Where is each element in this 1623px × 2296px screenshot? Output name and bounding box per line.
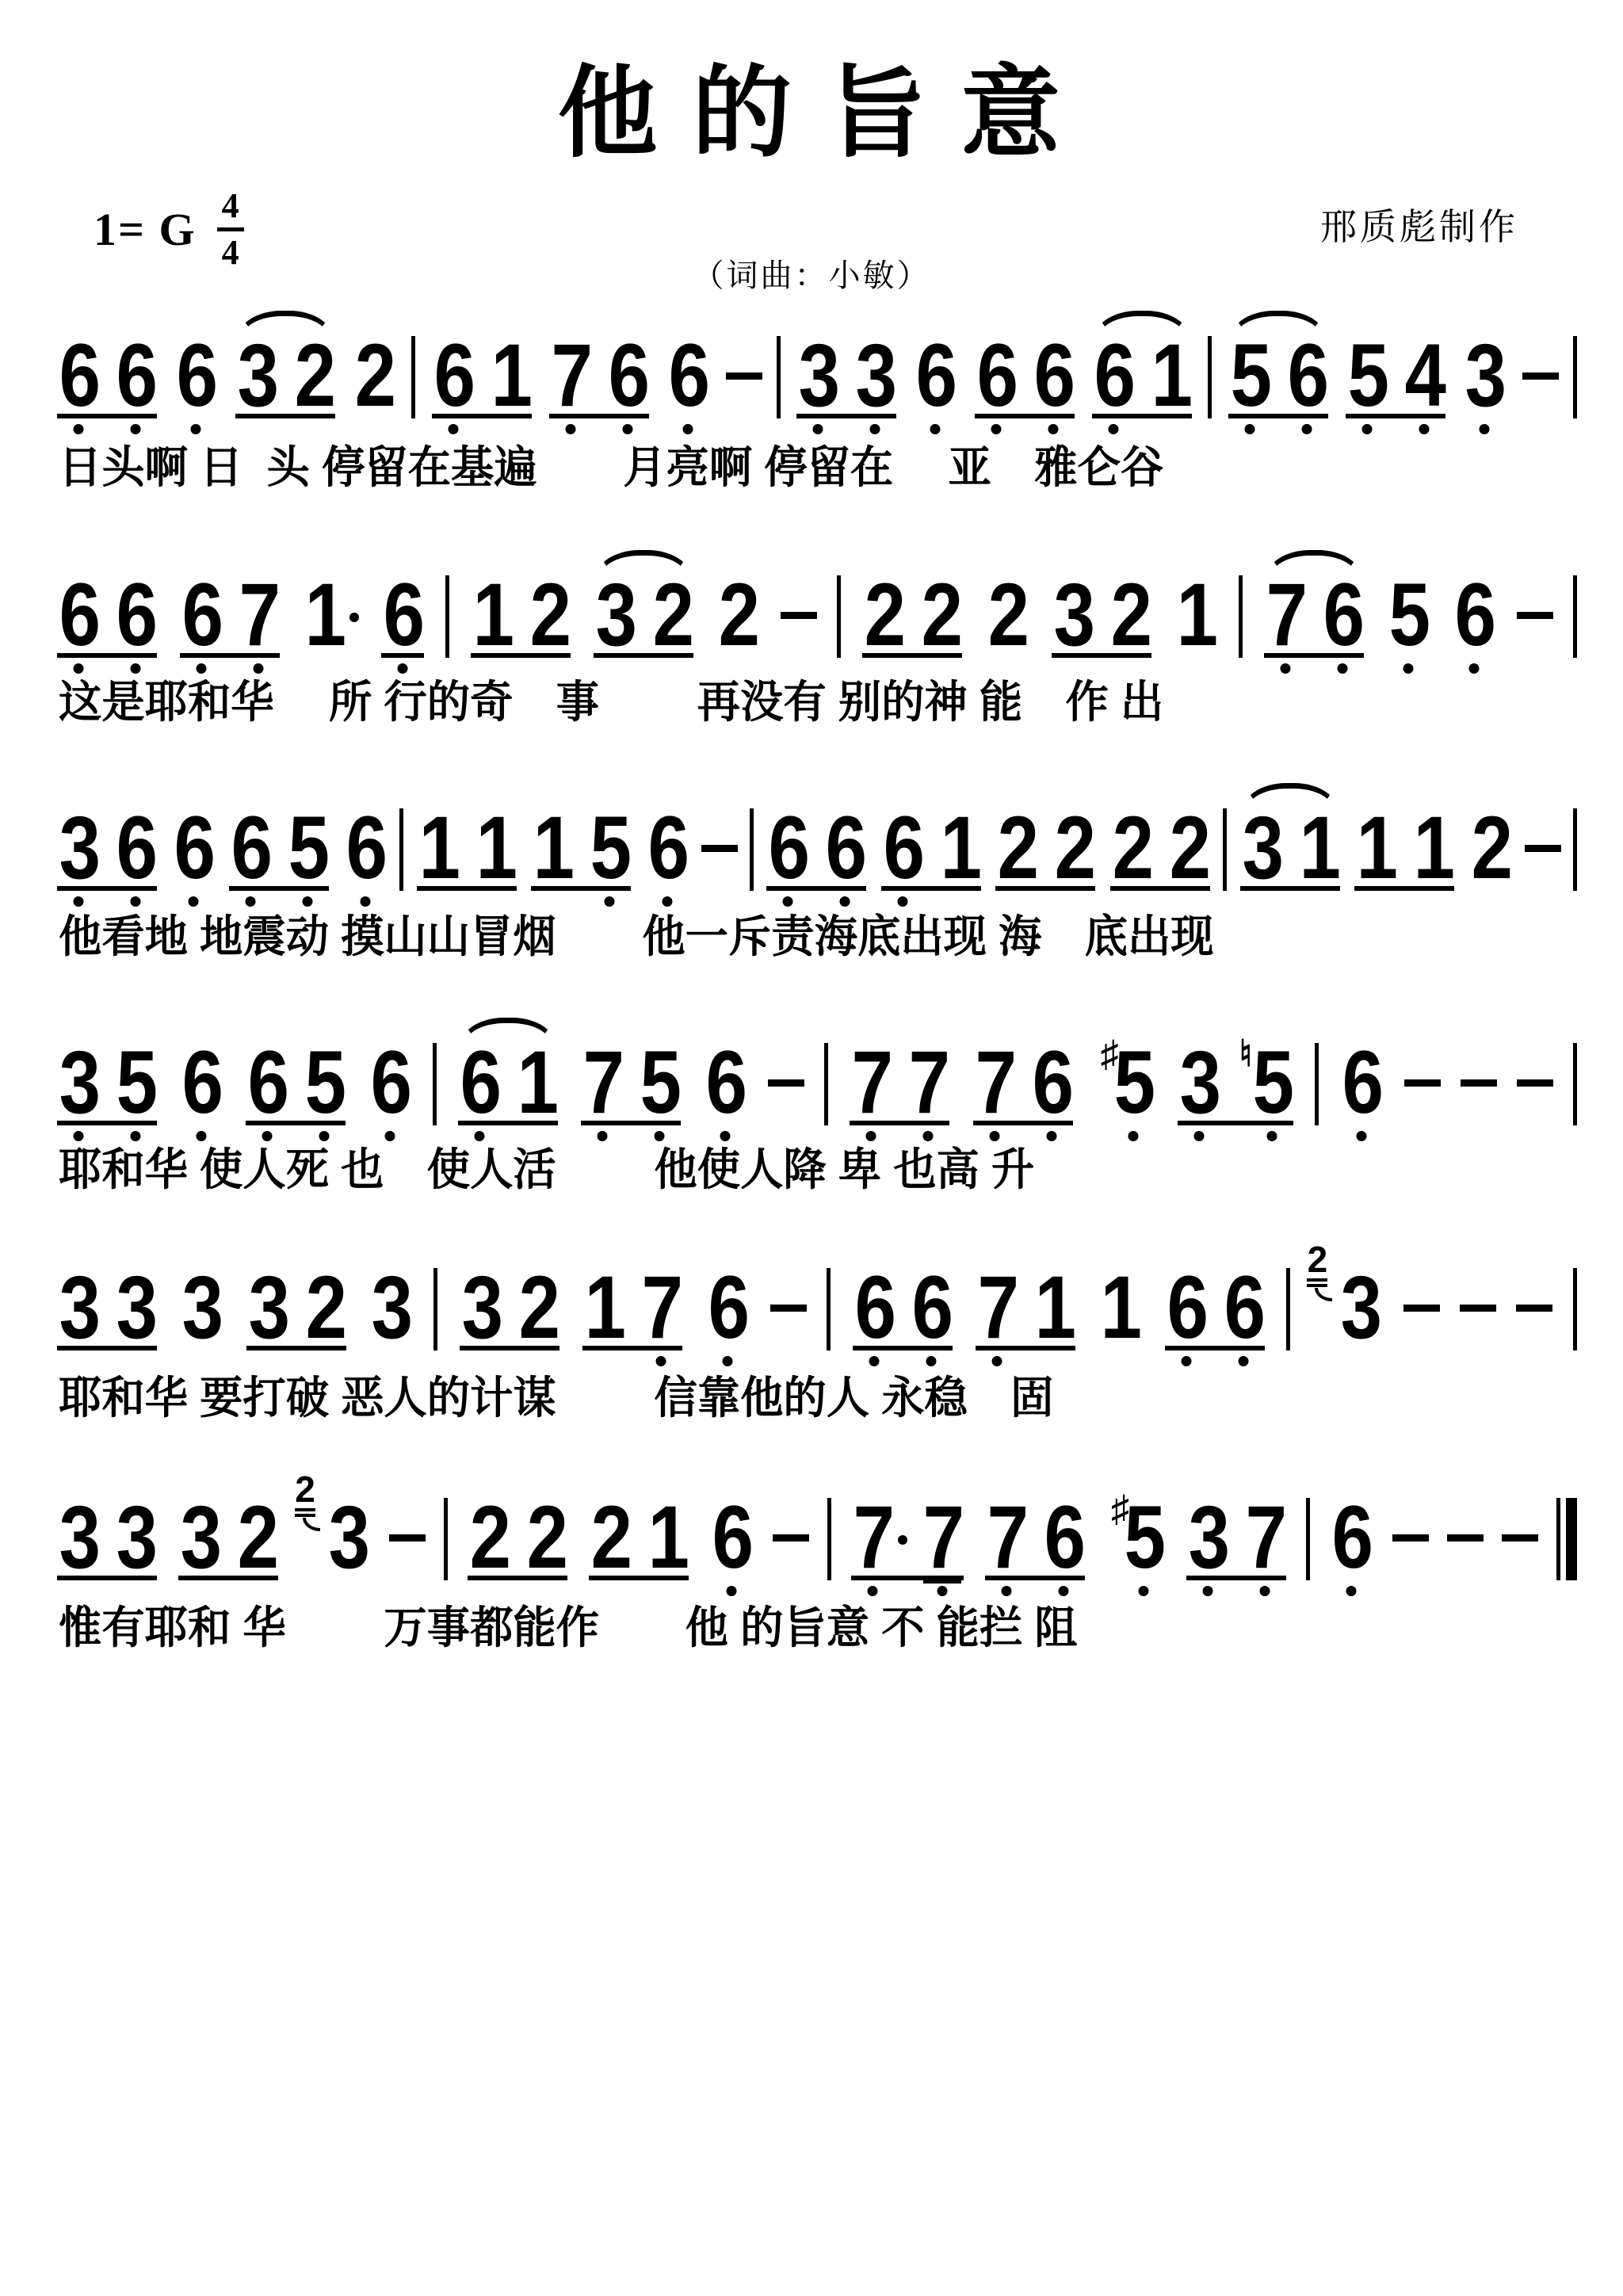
low-octave-dot xyxy=(1059,1586,1069,1596)
eighth-beam xyxy=(973,1121,1073,1125)
eighth-beam xyxy=(57,1346,157,1350)
note-digit: 7 xyxy=(909,1048,948,1117)
note-digit: 1 xyxy=(648,1503,687,1572)
barline xyxy=(445,575,449,658)
eighth-beam xyxy=(246,1121,346,1125)
note: 6 xyxy=(708,1503,754,1610)
barline xyxy=(777,336,781,418)
time-signature-numerator: 4 xyxy=(217,189,244,231)
note: 3 xyxy=(458,1273,504,1381)
note-digit: 3 xyxy=(596,580,635,650)
note-group: 77 xyxy=(848,1048,951,1156)
low-octave-dot xyxy=(131,424,141,434)
note-digit: 6 xyxy=(231,813,270,883)
eighth-beam xyxy=(853,1346,953,1350)
note: 6 xyxy=(705,1273,750,1381)
eighth-beam xyxy=(468,1576,567,1580)
dash-continuation xyxy=(726,372,762,380)
note: 3 xyxy=(178,1273,224,1381)
note: 3 xyxy=(245,1273,291,1381)
low-octave-dot xyxy=(868,1586,878,1596)
note-group: 1 xyxy=(1097,1273,1143,1381)
low-octave-dot xyxy=(1419,424,1430,434)
grace-underline xyxy=(1307,1278,1327,1282)
note-digit: 6 xyxy=(1032,1048,1071,1117)
note-group: 6 xyxy=(1451,580,1497,688)
note: 1 xyxy=(1097,1273,1143,1381)
note-digit: 6 xyxy=(1094,341,1133,411)
eighth-beam xyxy=(976,1346,1075,1350)
note-digit: 5 xyxy=(1125,1503,1163,1572)
eighth-beam xyxy=(995,886,1095,891)
note: 6 xyxy=(1029,1048,1075,1156)
note: 7 xyxy=(848,1048,894,1156)
note: 7 xyxy=(1262,580,1308,688)
note-digit: 7 xyxy=(642,1273,681,1343)
note-digit: 6 xyxy=(384,580,422,650)
note-digit: 2 xyxy=(1169,813,1208,883)
note-group: 66 xyxy=(765,813,868,921)
barline xyxy=(1306,1498,1310,1580)
note: 6 xyxy=(644,813,690,921)
low-octave-dot xyxy=(385,1131,395,1141)
note-digit: 2 xyxy=(518,1273,557,1343)
note-digit: 1 xyxy=(533,813,572,883)
note-digit: 7 xyxy=(975,1048,1014,1117)
final-barline xyxy=(1556,1498,1577,1580)
note-digit: 2 xyxy=(1110,580,1149,650)
note-digit: 3 xyxy=(59,1048,98,1117)
barline xyxy=(433,1043,437,1125)
note: 2 xyxy=(234,1503,280,1610)
note-group: 76 xyxy=(548,341,651,449)
note-digit: 6 xyxy=(182,580,221,650)
note-digit: 6 xyxy=(916,341,955,411)
note-digit: 6 xyxy=(177,341,216,411)
note-group: 33 xyxy=(55,1503,158,1610)
eighth-beam xyxy=(57,1121,157,1125)
note: 3 xyxy=(1239,813,1285,921)
barline xyxy=(1573,336,1577,418)
eighth-beam xyxy=(766,886,866,891)
eighth-beam xyxy=(57,653,157,658)
note: 3 xyxy=(852,341,898,449)
notation-row-5: 33332332176667116623 xyxy=(55,1273,1577,1384)
eighth-beam xyxy=(235,414,335,418)
low-octave-dot xyxy=(1203,1586,1213,1596)
note: 3 xyxy=(55,813,101,921)
note: 7 xyxy=(638,1273,684,1381)
eighth-beam xyxy=(1092,414,1192,418)
note: 6 xyxy=(912,341,958,449)
low-octave-dot xyxy=(605,896,615,907)
note-digit: 7 xyxy=(1266,580,1304,650)
low-octave-dot xyxy=(1139,1586,1149,1596)
note-digit: 6 xyxy=(647,813,686,883)
note: 6 xyxy=(665,341,711,449)
note-digit: 7 xyxy=(923,1503,962,1572)
low-octave-dot xyxy=(1244,424,1254,434)
note-digit: 6 xyxy=(1044,1503,1083,1572)
eighth-beam xyxy=(531,886,631,891)
note: 6 xyxy=(1338,1048,1384,1156)
note-digit: 6 xyxy=(669,341,708,411)
barline xyxy=(433,1268,437,1350)
barline xyxy=(1573,1268,1577,1350)
note-group: 2 xyxy=(1468,813,1514,921)
low-octave-dot xyxy=(565,424,575,434)
low-octave-dot xyxy=(1046,1131,1056,1141)
barline xyxy=(444,1498,448,1580)
eighth-beam xyxy=(881,886,981,891)
note: 7 xyxy=(1242,1503,1288,1610)
low-octave-dot xyxy=(475,1131,485,1141)
note-group: 65 xyxy=(244,1048,347,1156)
note-digit: 1 xyxy=(473,580,512,650)
eighth-beam xyxy=(581,1121,681,1125)
note-digit: 7 xyxy=(239,580,278,650)
barline xyxy=(750,808,754,891)
note-digit: 2 xyxy=(1471,813,1510,883)
note-group: 61 xyxy=(880,813,983,921)
low-octave-dot xyxy=(360,896,370,907)
note-digit: 5 xyxy=(590,813,629,883)
low-octave-dot xyxy=(1301,424,1312,434)
note-digit: 7 xyxy=(852,1048,891,1117)
note-group: 6 xyxy=(1338,1048,1384,1156)
note-group: 66 xyxy=(55,341,158,449)
note: 6 xyxy=(342,813,388,921)
note: 5 xyxy=(586,813,632,921)
note-digit: 5 xyxy=(1348,341,1387,411)
note-digit: 3 xyxy=(329,1503,368,1572)
note: 1 xyxy=(472,813,518,921)
note-group: 11 xyxy=(415,813,518,921)
note: 6 xyxy=(380,580,426,688)
low-octave-dot xyxy=(131,1131,141,1141)
barline xyxy=(824,1043,828,1125)
augmentation-dot xyxy=(349,613,359,622)
note-group: 3♮5 xyxy=(1176,1048,1295,1156)
low-octave-dot xyxy=(74,424,84,434)
note-group: 76 xyxy=(972,1048,1075,1156)
eighth-beam xyxy=(432,414,532,418)
low-octave-dot xyxy=(1238,1356,1248,1366)
note-group: 37 xyxy=(1185,1503,1288,1610)
note-group: 6 xyxy=(342,813,388,921)
eighth-beam xyxy=(57,1576,157,1580)
note-digit: 2 xyxy=(922,580,960,650)
note-digit: 1 xyxy=(940,813,979,883)
low-octave-dot xyxy=(991,424,1001,434)
note: 6 xyxy=(1328,1503,1374,1610)
note-group: 71 xyxy=(974,1273,1077,1381)
notation-row-4: 356656617567776♯53♮56 xyxy=(55,1048,1577,1159)
sheet-music-page: { "header": { "title": "他 的 旨 意", "key_s… xyxy=(0,0,1623,2296)
low-octave-dot xyxy=(720,1131,731,1141)
low-octave-dot xyxy=(662,896,672,907)
note-digit: 1 xyxy=(517,1048,556,1117)
note: 1 xyxy=(415,813,461,921)
note: 23 xyxy=(325,1503,371,1610)
note-digit: 1 xyxy=(1151,341,1190,411)
note: 2 xyxy=(526,580,572,688)
low-octave-dot xyxy=(930,424,941,434)
note-group: 6 xyxy=(173,341,219,449)
note: 6 xyxy=(113,341,158,449)
note-digit: 1 xyxy=(418,813,457,883)
low-octave-dot xyxy=(926,1356,936,1366)
low-octave-dot xyxy=(254,663,264,674)
notation-row-6: 333223222167776♯5376 xyxy=(55,1503,1577,1614)
eighth-beam xyxy=(178,1576,278,1580)
note: 6 xyxy=(880,813,926,921)
note-digit: 3 xyxy=(1179,1048,1218,1117)
note: 3 xyxy=(55,1503,101,1610)
note: 6 xyxy=(170,813,216,921)
barline xyxy=(1239,575,1243,658)
low-octave-dot xyxy=(783,896,793,907)
note-digit: 6 xyxy=(116,341,155,411)
note-digit: 7 xyxy=(978,1273,1017,1343)
low-octave-dot xyxy=(1193,1131,1204,1141)
dash-continuation xyxy=(781,612,817,619)
note-digit: 2 xyxy=(294,341,333,411)
note: 5 xyxy=(1227,341,1273,449)
eighth-beam xyxy=(458,1121,558,1125)
eighth-beam xyxy=(1186,1576,1286,1580)
dash-continuation xyxy=(773,1534,809,1541)
note-digit: 6 xyxy=(1332,1503,1371,1572)
note: 2 xyxy=(291,341,337,449)
note: 6 xyxy=(605,341,651,449)
note: ♯5 xyxy=(1121,1503,1167,1610)
note: 3 xyxy=(113,1503,158,1610)
grace-slur-tail xyxy=(303,1518,320,1531)
note-group: 65 xyxy=(227,813,330,921)
note: 3 xyxy=(55,1273,101,1381)
note-digit: 3 xyxy=(59,1503,98,1572)
note: 6 xyxy=(178,580,224,688)
note-group: 77 xyxy=(850,1503,965,1610)
note-digit: 2 xyxy=(987,580,1026,650)
note-digit: 6 xyxy=(1454,580,1493,650)
low-octave-dot xyxy=(683,424,693,434)
augmentation-dot xyxy=(898,1535,907,1545)
low-octave-dot xyxy=(655,1131,665,1141)
final-barline-thick xyxy=(1566,1498,1577,1580)
barline xyxy=(399,808,403,891)
note-digit: 1 xyxy=(1035,1273,1074,1343)
low-octave-dot xyxy=(598,1131,608,1141)
note-group: 22 xyxy=(994,813,1097,921)
low-octave-dot xyxy=(303,896,313,907)
note-digit: 2 xyxy=(355,341,394,411)
note: 1 xyxy=(469,580,515,688)
dash-continuation xyxy=(1404,1079,1441,1087)
note-group: 66 xyxy=(55,580,158,688)
note: 3 xyxy=(368,1273,414,1381)
low-octave-dot xyxy=(722,1356,732,1366)
note: 2 xyxy=(466,1503,512,1610)
note: 6 xyxy=(851,1273,897,1381)
note-digit: 3 xyxy=(372,1273,411,1343)
note: 6 xyxy=(244,1048,290,1156)
grace-note: 2 xyxy=(288,1473,322,1531)
note: 1 xyxy=(1353,813,1399,921)
note-digit: 2 xyxy=(530,580,569,650)
note-group: 6 xyxy=(170,813,216,921)
note: 23 xyxy=(1337,1273,1383,1381)
note-group: 2 xyxy=(984,580,1030,688)
note: 7 xyxy=(974,1273,1020,1381)
note: 6 xyxy=(113,813,158,921)
composer-credit: 邢质彪制作 xyxy=(1320,198,1518,250)
note-group: 66 xyxy=(851,1273,954,1381)
eighth-beam xyxy=(381,653,424,658)
note-digit: 1 xyxy=(475,813,514,883)
grace-note: 2 xyxy=(1300,1243,1334,1301)
eighth-beam xyxy=(1264,653,1364,658)
note: 6 xyxy=(822,813,868,921)
note-digit: 3 xyxy=(248,1273,287,1343)
eighth-beam xyxy=(582,1346,682,1350)
subtitle-lyricist: （词曲：小敏） xyxy=(0,250,1623,296)
dash-continuation xyxy=(1403,1305,1440,1312)
note-digit: 3 xyxy=(1242,813,1281,883)
note: 5 xyxy=(285,813,330,921)
note: 3 xyxy=(55,1048,101,1156)
low-octave-dot xyxy=(131,663,141,674)
note: 3 xyxy=(234,341,280,449)
low-octave-dot xyxy=(1346,1586,1357,1596)
low-octave-dot xyxy=(74,896,84,907)
note: 7 xyxy=(548,341,594,449)
dash-continuation xyxy=(1517,1079,1553,1087)
note-digit: 5 xyxy=(640,1048,679,1117)
low-octave-dot xyxy=(870,424,880,434)
note-digit: 3 xyxy=(799,341,838,411)
low-octave-dot xyxy=(1266,1131,1277,1141)
note-group: 6 xyxy=(912,341,958,449)
note-digit: 6 xyxy=(346,813,384,883)
note-group: 67 xyxy=(178,580,281,688)
note-group: 32 xyxy=(177,1503,280,1610)
note-digit: 6 xyxy=(769,813,808,883)
low-octave-dot xyxy=(74,1131,84,1141)
note: 6 xyxy=(55,341,101,449)
dash-continuation xyxy=(1522,372,1559,380)
note-digit: 2 xyxy=(865,580,903,650)
barline xyxy=(1573,575,1577,658)
note-digit: 1 xyxy=(305,580,344,650)
note: 3 xyxy=(177,1503,223,1610)
low-octave-dot xyxy=(448,424,458,434)
note-group: 5 xyxy=(1385,580,1431,688)
note: 7 xyxy=(972,1048,1018,1156)
note-digit: 6 xyxy=(826,813,865,883)
note-group: 36 xyxy=(55,813,158,921)
note-group: 32 xyxy=(1050,580,1153,688)
low-octave-dot xyxy=(319,1131,330,1141)
note: 3 xyxy=(113,1273,158,1381)
note-digit: 6 xyxy=(116,813,155,883)
barline xyxy=(1573,1043,1577,1125)
note-group: 61 xyxy=(456,1048,559,1156)
note-group: 56 xyxy=(1227,341,1330,449)
note-digit: 3 xyxy=(116,1273,155,1343)
note-digit: 7 xyxy=(583,1048,622,1117)
dash-continuation xyxy=(770,1305,807,1312)
note-group: 6 xyxy=(702,1048,748,1156)
note: 7 xyxy=(919,1503,965,1610)
note: 5 xyxy=(636,1048,682,1156)
low-octave-dot xyxy=(727,1586,737,1596)
note-group: 32 xyxy=(245,1273,348,1381)
note: 2 xyxy=(1468,813,1514,921)
note: 7 xyxy=(235,580,281,688)
note-group: 21 xyxy=(587,1503,690,1610)
note-group: 66 xyxy=(973,341,1076,449)
note: 2 xyxy=(994,813,1040,921)
note-group: 76 xyxy=(983,1503,1086,1610)
low-octave-dot xyxy=(1181,1356,1191,1366)
low-octave-dot xyxy=(188,896,198,907)
dash-continuation xyxy=(1392,1534,1429,1541)
note: 2 xyxy=(523,1503,569,1610)
note: 3 xyxy=(1050,580,1096,688)
note-group: 61 xyxy=(430,341,533,449)
note-digit: 1 xyxy=(1414,813,1453,883)
note: 6 xyxy=(430,341,476,449)
dash-continuation xyxy=(768,1079,804,1087)
low-octave-dot xyxy=(74,663,84,674)
note-digit: 6 xyxy=(433,341,472,411)
grace-underline xyxy=(295,1508,315,1511)
note-group: 2 xyxy=(351,341,397,449)
note-group: 1 xyxy=(301,580,360,688)
note-digit: 6 xyxy=(1167,1273,1205,1343)
barline xyxy=(1208,336,1212,418)
note: 6 xyxy=(173,341,219,449)
note: 1 xyxy=(301,580,347,688)
note-digit: 2 xyxy=(527,1503,566,1572)
note-digit: 6 xyxy=(712,1503,751,1572)
note-group: 54 xyxy=(1344,341,1447,449)
eighth-beam xyxy=(1052,653,1151,658)
eighth-beam xyxy=(417,886,517,891)
note-group: 6 xyxy=(367,1048,413,1156)
low-octave-dot xyxy=(191,424,201,434)
note-digit: 6 xyxy=(1323,580,1361,650)
note: 2 xyxy=(984,580,1030,688)
note-digit: 6 xyxy=(371,1048,410,1117)
eighth-beam xyxy=(1165,1346,1265,1350)
note-group: 32 xyxy=(592,580,695,688)
eighth-beam xyxy=(1178,1121,1293,1125)
note-digit: 5 xyxy=(288,813,327,883)
note-group: 6 xyxy=(665,341,711,449)
note-digit: 2 xyxy=(238,1503,277,1572)
note-digit: 2 xyxy=(653,580,692,650)
low-octave-dot xyxy=(1480,424,1490,434)
eighth-beam xyxy=(975,414,1075,418)
dash-continuation xyxy=(1460,1305,1496,1312)
note-group: 22 xyxy=(466,1503,569,1610)
note-digit: 6 xyxy=(854,1273,893,1343)
low-octave-dot xyxy=(1109,424,1119,434)
note-group: 17 xyxy=(581,1273,684,1381)
